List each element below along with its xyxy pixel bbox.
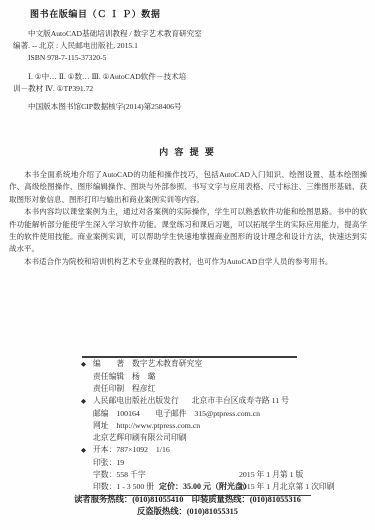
spec-row: ◆ 开本：787×1092 1/16 <box>81 444 313 457</box>
antipiracy-hotline-line: 反盗版热线：(010)81055315 <box>0 505 375 517</box>
format-spec: 开本：787×1092 1/16 <box>93 444 170 456</box>
cip-title-line: 中文版AutoCAD基础培训教程 / 数字艺术教育研究室 <box>13 28 358 40</box>
editor-row: 责任编辑 杨 璐 <box>81 371 313 383</box>
edition-date: 2015 年 1 月第 1 版 <box>239 469 303 481</box>
contact-row: 北京艺辉印刷有限公司印刷 <box>81 432 313 444</box>
spec-row: 字数：558 千字 2015 年 1 月第 1 版 <box>81 469 313 481</box>
spec-row: 印张：19 <box>81 457 313 469</box>
publisher-row: ◆ 人民邮电出版社出版发行 北京市丰台区成寿寺路 11 号 <box>81 395 313 408</box>
cip-header: 图书在版编目（Ｃ Ｉ Ｐ）数据 <box>30 7 161 20</box>
printing-company: 北京艺辉印刷有限公司印刷 <box>93 432 187 444</box>
summary-body: 本书全面系统地介绍了AutoCAD的功能和操作技巧，包括AutoCAD入门知识、… <box>9 169 367 268</box>
publisher-address: 北京市丰台区成寿寺路 11 号 <box>192 395 289 407</box>
diamond-bullet-icon: ◆ <box>81 396 93 408</box>
colophon-block: ◆ 编 著 数字艺术教育研究室 责任编辑 杨 璐 责任印制 程彦红 ◆ 人民邮电… <box>81 356 313 496</box>
editor-credit: 编 著 数字艺术教育研究室 <box>93 358 202 370</box>
contact-row: 网址 http://www.ptpress.com.cn <box>81 420 313 432</box>
cip-block: 中文版AutoCAD基础培训教程 / 数字艺术教育研究室 编著. -- 北京 :… <box>13 28 358 113</box>
sheets-spec: 印张：19 <box>93 457 124 469</box>
cip-classification-line-2: 训－教材 Ⅳ. ①TP391.72 <box>13 83 358 95</box>
cip-isbn-line: ISBN 978-7-115-37320-5 <box>13 52 358 64</box>
editor-row: 责任印制 程彦红 <box>81 383 313 395</box>
summary-paragraph: 本书适合作为院校和培训机构艺术专业课程的教材，也可作为AutoCAD自学人员的参… <box>9 256 367 268</box>
diamond-bullet-icon: ◆ <box>81 359 93 371</box>
cip-classification-line-1: Ⅰ. ①中… Ⅱ. ①数… Ⅲ. ①AutoCAD软件－技术培 <box>13 71 358 83</box>
responsible-printer: 责任印制 程彦红 <box>93 383 155 395</box>
cip-publication-line: 编著. -- 北京 : 人民邮电出版社, 2015.1 <box>13 40 358 52</box>
publisher-name: 人民邮电出版社出版发行 <box>93 395 179 407</box>
contact-row: 邮编 100164 电子邮件 315@ptpress.com.cn <box>81 408 313 420</box>
editor-row: ◆ 编 著 数字艺术教育研究室 <box>81 358 313 371</box>
cip-record-number: 中国版本图书馆CIP数据核字(2014)第258406号 <box>13 101 358 113</box>
summary-title: 内 容 提 要 <box>0 145 375 158</box>
service-hotline-line: 读者服务热线：(010)81055410 印装质量热线：(010)8105531… <box>0 493 375 505</box>
postcode-email: 邮编 100164 电子邮件 315@ptpress.com.cn <box>93 408 260 420</box>
website: 网址 http://www.ptpress.com.cn <box>93 420 200 432</box>
summary-paragraph: 本书全面系统地介绍了AutoCAD的功能和操作技巧，包括AutoCAD入门知识、… <box>9 169 367 206</box>
price-line: 定价：35.00 元（附光盘） <box>50 481 360 492</box>
responsible-editor: 责任编辑 杨 璐 <box>93 371 155 383</box>
copyright-page: 图书在版编目（Ｃ Ｉ Ｐ）数据 中文版AutoCAD基础培训教程 / 数字艺术教… <box>0 0 375 530</box>
diamond-bullet-icon: ◆ <box>81 445 93 457</box>
summary-paragraph: 本书内容均以课堂案例为主，通过对各案例的实际操作，学生可以熟悉软件功能和绘图思路… <box>9 206 367 256</box>
wordcount-spec: 字数：558 千字 <box>93 469 146 481</box>
